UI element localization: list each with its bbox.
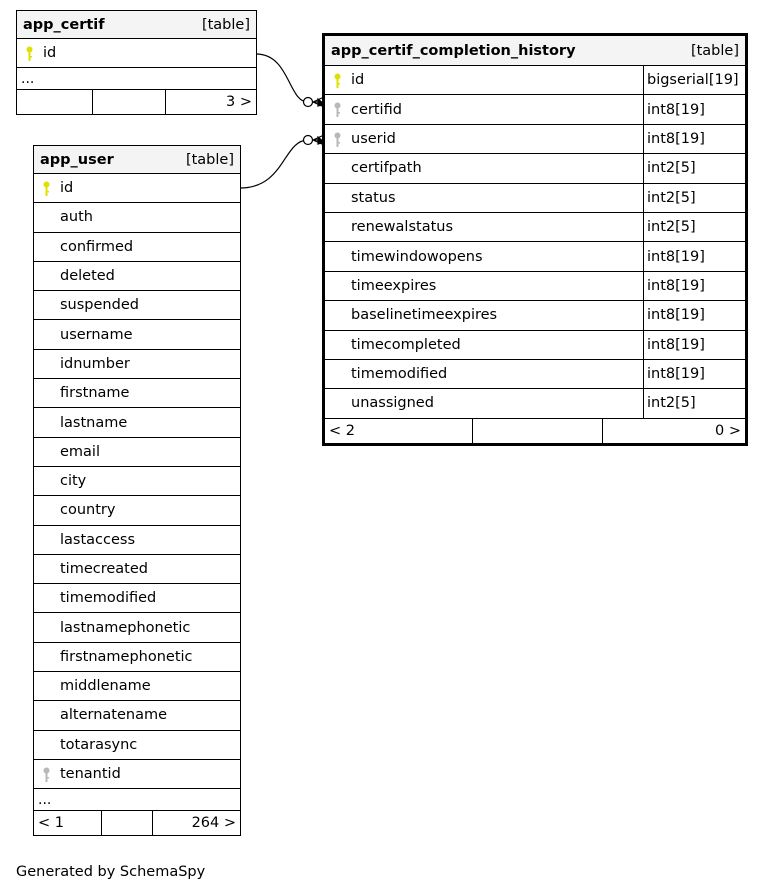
column-name: lastaccess xyxy=(60,532,135,548)
column-name-cell: deleted xyxy=(34,262,240,290)
column-type: int8[19] xyxy=(643,242,745,270)
column-name: city xyxy=(60,473,86,489)
column-name: timemodified xyxy=(60,590,156,606)
parents-count[interactable]: < 2 xyxy=(325,419,473,443)
table-kind: [table] xyxy=(691,43,739,59)
column-name-cell: unassigned xyxy=(325,389,643,417)
column-type: bigserial[19] xyxy=(643,66,745,94)
column-type: int8[19] xyxy=(643,301,745,329)
table-name: app_certif xyxy=(23,17,105,33)
relationship-certif xyxy=(256,54,308,102)
column-name-cell: id xyxy=(325,66,643,94)
table-footer: < 1 264 > xyxy=(34,811,240,835)
column-name-cell: confirmed xyxy=(34,233,240,261)
column-name-cell: username xyxy=(34,320,240,348)
column-name: alternatename xyxy=(60,707,167,723)
column-row[interactable]: unassignedint2[5] xyxy=(325,389,745,418)
column-row[interactable]: certifpathint2[5] xyxy=(325,154,745,183)
column-row[interactable]: timecompletedint8[19] xyxy=(325,331,745,360)
zero-cardinality-icon xyxy=(304,136,313,145)
column-name-cell: id xyxy=(17,39,256,67)
column-type: int8[19] xyxy=(643,125,745,153)
column-row[interactable]: id xyxy=(34,174,240,203)
column-row[interactable]: timecreated xyxy=(34,555,240,584)
column-name-cell: suspended xyxy=(34,291,240,319)
column-name-cell: certifid xyxy=(325,95,643,123)
column-type: int2[5] xyxy=(643,389,745,417)
children-count[interactable]: 3 > xyxy=(166,90,256,114)
column-row[interactable]: timemodified xyxy=(34,584,240,613)
column-row[interactable]: deleted xyxy=(34,262,240,291)
zero-cardinality-icon xyxy=(304,98,313,107)
table-header: app_user [table] xyxy=(34,146,240,174)
column-name-cell: renewalstatus xyxy=(325,213,643,241)
column-name: timewindowopens xyxy=(351,249,483,265)
column-name-cell: status xyxy=(325,184,643,212)
parents-count[interactable] xyxy=(17,90,93,114)
column-row[interactable]: suspended xyxy=(34,291,240,320)
children-count[interactable]: 264 > xyxy=(153,811,240,835)
column-name-cell: idnumber xyxy=(34,350,240,378)
column-row[interactable]: totarasync xyxy=(34,731,240,760)
column-name: status xyxy=(351,190,396,206)
column-name-cell: lastaccess xyxy=(34,526,240,554)
column-row[interactable]: firstname xyxy=(34,379,240,408)
more-columns: ... xyxy=(34,789,240,811)
column-name-cell: firstname xyxy=(34,379,240,407)
column-row[interactable]: timemodifiedint8[19] xyxy=(325,360,745,389)
table-name: app_user xyxy=(40,152,114,168)
column-name-cell: certifpath xyxy=(325,154,643,182)
column-name-cell: timewindowopens xyxy=(325,242,643,270)
column-row[interactable]: idbigserial[19] xyxy=(325,66,745,95)
rows-count xyxy=(473,419,603,443)
column-row[interactable]: confirmed xyxy=(34,233,240,262)
column-name: firstnamephonetic xyxy=(60,649,193,665)
column-row[interactable]: username xyxy=(34,320,240,349)
column-name: middlename xyxy=(60,678,151,694)
column-name: idnumber xyxy=(60,356,130,372)
column-name: suspended xyxy=(60,297,139,313)
column-name: baselinetimeexpires xyxy=(351,307,497,323)
column-name-cell: userid xyxy=(325,125,643,153)
column-row[interactable]: timewindowopensint8[19] xyxy=(325,242,745,271)
column-row[interactable]: tenantid xyxy=(34,760,240,789)
column-name: lastname xyxy=(60,415,127,431)
column-name: timeexpires xyxy=(351,278,436,294)
column-row[interactable]: useridint8[19] xyxy=(325,125,745,154)
column-row[interactable]: middlename xyxy=(34,672,240,701)
column-name: certifpath xyxy=(351,160,422,176)
column-name-cell: auth xyxy=(34,203,240,231)
table-kind: [table] xyxy=(202,17,250,33)
column-row[interactable]: lastaccess xyxy=(34,526,240,555)
column-name-cell: timemodified xyxy=(325,360,643,388)
rows-count xyxy=(93,90,166,114)
column-name-cell: email xyxy=(34,438,240,466)
column-name: timecreated xyxy=(60,561,148,577)
column-name-cell: timecompleted xyxy=(325,331,643,359)
column-row[interactable]: renewalstatusint2[5] xyxy=(325,213,745,242)
column-row[interactable]: firstnamephonetic xyxy=(34,643,240,672)
column-name-cell: alternatename xyxy=(34,701,240,729)
table-app-certif[interactable]: app_certif [table] id ... 3 > xyxy=(16,10,257,115)
column-name: email xyxy=(60,444,100,460)
column-name: firstname xyxy=(60,385,129,401)
column-name-cell: id xyxy=(34,174,240,202)
column-name-cell: country xyxy=(34,496,240,524)
column-type: int2[5] xyxy=(643,213,745,241)
column-row[interactable]: country xyxy=(34,496,240,525)
column-name: auth xyxy=(60,209,93,225)
column-row[interactable]: baselinetimeexpiresint8[19] xyxy=(325,301,745,330)
parents-count[interactable]: < 1 xyxy=(34,811,102,835)
column-row[interactable]: lastname xyxy=(34,408,240,437)
column-row[interactable]: certifidint8[19] xyxy=(325,95,745,124)
column-name: tenantid xyxy=(60,766,121,782)
column-name-cell: timecreated xyxy=(34,555,240,583)
table-app-certif-completion-history[interactable]: app_certif_completion_history [table] id… xyxy=(322,33,748,446)
column-row[interactable]: alternatename xyxy=(34,701,240,730)
column-name-cell: middlename xyxy=(34,672,240,700)
column-type: int8[19] xyxy=(643,331,745,359)
column-name: unassigned xyxy=(351,395,434,411)
column-name: totarasync xyxy=(60,737,137,753)
column-row[interactable]: idnumber xyxy=(34,350,240,379)
column-row[interactable]: statusint2[5] xyxy=(325,184,745,213)
column-row[interactable]: city xyxy=(34,467,240,496)
column-name: country xyxy=(60,502,115,518)
column-name: id xyxy=(43,45,56,61)
column-row[interactable]: id xyxy=(17,39,256,68)
column-name: certifid xyxy=(351,102,402,118)
column-name: confirmed xyxy=(60,239,133,255)
column-name-cell: baselinetimeexpires xyxy=(325,301,643,329)
column-name: timecompleted xyxy=(351,337,461,353)
column-row[interactable]: timeexpiresint8[19] xyxy=(325,272,745,301)
column-name-cell: firstnamephonetic xyxy=(34,643,240,671)
column-type: int2[5] xyxy=(643,154,745,182)
column-name-cell: timemodified xyxy=(34,584,240,612)
table-app-user[interactable]: app_user [table] idauthconfirmeddeleteds… xyxy=(33,145,241,836)
column-name-cell: tenantid xyxy=(34,760,240,788)
column-row[interactable]: email xyxy=(34,438,240,467)
generated-by-label: Generated by SchemaSpy xyxy=(16,864,205,880)
column-name: username xyxy=(60,327,133,343)
column-name: id xyxy=(351,72,364,88)
more-columns: ... xyxy=(17,68,256,90)
column-name-cell: totarasync xyxy=(34,731,240,759)
table-kind: [table] xyxy=(186,152,234,168)
column-row[interactable]: auth xyxy=(34,203,240,232)
column-name-cell: lastname xyxy=(34,408,240,436)
column-name-cell: timeexpires xyxy=(325,272,643,300)
column-type: int8[19] xyxy=(643,272,745,300)
children-count[interactable]: 0 > xyxy=(603,419,745,443)
column-type: int2[5] xyxy=(643,184,745,212)
table-header: app_certif_completion_history [table] xyxy=(325,36,745,66)
relationship-user xyxy=(240,140,308,188)
table-header: app_certif [table] xyxy=(17,11,256,39)
rows-count xyxy=(102,811,153,835)
table-name: app_certif_completion_history xyxy=(331,43,576,59)
column-name: userid xyxy=(351,131,396,147)
column-name: id xyxy=(60,180,73,196)
column-name-cell: city xyxy=(34,467,240,495)
column-name: renewalstatus xyxy=(351,219,453,235)
column-name-cell: lastnamephonetic xyxy=(34,613,240,641)
column-row[interactable]: lastnamephonetic xyxy=(34,613,240,642)
column-type: int8[19] xyxy=(643,360,745,388)
table-footer: 3 > xyxy=(17,90,256,114)
column-name: deleted xyxy=(60,268,115,284)
column-name: timemodified xyxy=(351,366,447,382)
column-type: int8[19] xyxy=(643,95,745,123)
column-name: lastnamephonetic xyxy=(60,620,190,636)
table-footer: < 2 0 > xyxy=(325,419,745,443)
